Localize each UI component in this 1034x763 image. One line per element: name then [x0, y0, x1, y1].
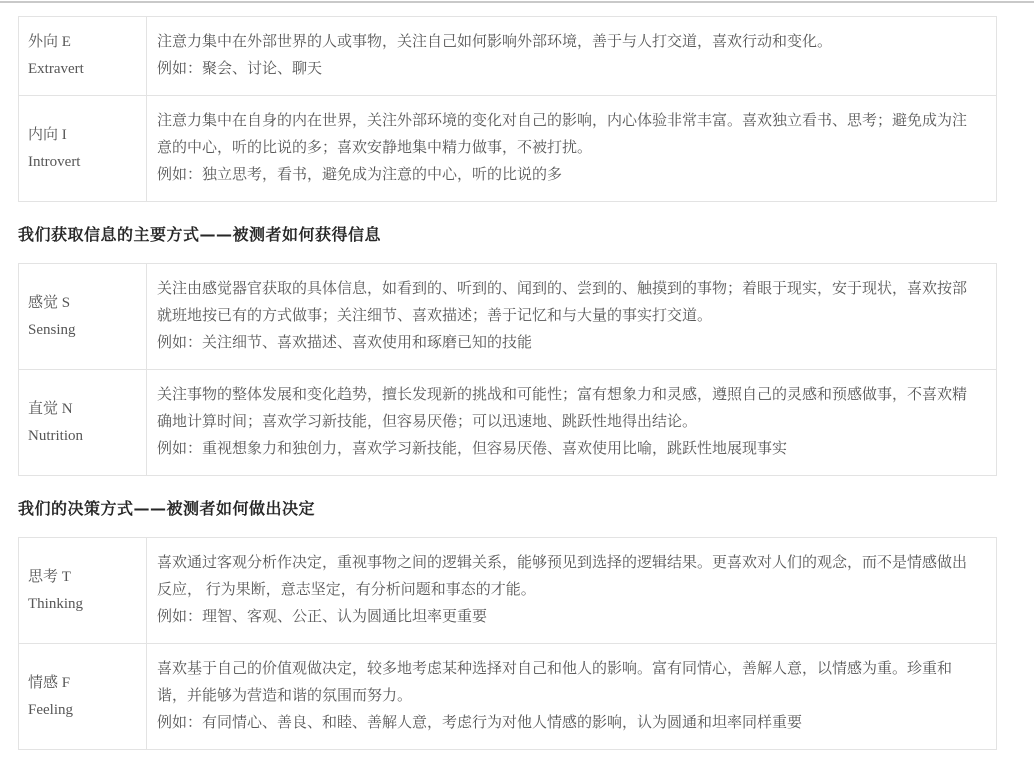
table-row-feeling: 情感 F Feeling 喜欢基于自己的价值观做决定，较多地考虑某种选择对自己和… — [19, 644, 997, 750]
dimension-example: 例如：关注细节、喜欢描述、喜欢使用和琢磨已知的技能 — [157, 330, 980, 357]
section-heading-decision: 我们的决策方式——被测者如何做出决定 — [18, 497, 997, 521]
dimension-description: 关注由感觉器官获取的具体信息，如看到的、听到的、闻到的、尝到的、触摸到的事物；着… — [157, 276, 980, 330]
dimension-description: 注意力集中在自身的内在世界，关注外部环境的变化对自己的影响，内心体验非常丰富。喜… — [157, 108, 980, 162]
dimension-example: 例如：有同情心、善良、和睦、善解人意，考虑行为对他人情感的影响，认为圆通和坦率同… — [157, 710, 980, 737]
dimension-table-tf: 思考 T Thinking 喜欢通过客观分析作决定，重视事物之间的逻辑关系，能够… — [18, 537, 997, 750]
table-row-extravert: 外向 E Extravert 注意力集中在外部世界的人或事物，关注自己如何影响外… — [19, 17, 997, 96]
dimension-cell: 感觉 S Sensing — [19, 264, 147, 370]
dimension-example: 例如：独立思考，看书，避免成为注意的中心，听的比说的多 — [157, 162, 980, 189]
description-cell: 关注由感觉器官获取的具体信息，如看到的、听到的、闻到的、尝到的、触摸到的事物；着… — [147, 264, 997, 370]
dimension-example: 例如：理智、客观、公正、认为圆通比坦率更重要 — [157, 604, 980, 631]
dimension-table-ei: 外向 E Extravert 注意力集中在外部世界的人或事物，关注自己如何影响外… — [18, 16, 997, 202]
dimension-cell: 情感 F Feeling — [19, 644, 147, 750]
dimension-label-en: Extravert — [28, 56, 138, 83]
dimension-cell: 内向 I Introvert — [19, 96, 147, 202]
document-content: 外向 E Extravert 注意力集中在外部世界的人或事物，关注自己如何影响外… — [18, 16, 997, 750]
table-row-sensing: 感觉 S Sensing 关注由感觉器官获取的具体信息，如看到的、听到的、闻到的… — [19, 264, 997, 370]
dimension-label-zh: 直觉 N — [28, 396, 138, 423]
description-cell: 注意力集中在自身的内在世界，关注外部环境的变化对自己的影响，内心体验非常丰富。喜… — [147, 96, 997, 202]
dimension-description: 注意力集中在外部世界的人或事物，关注自己如何影响外部环境，善于与人打交道，喜欢行… — [157, 29, 980, 56]
dimension-example: 例如：聚会、讨论、聊天 — [157, 56, 980, 83]
table-row-introvert: 内向 I Introvert 注意力集中在自身的内在世界，关注外部环境的变化对自… — [19, 96, 997, 202]
table-row-thinking: 思考 T Thinking 喜欢通过客观分析作决定，重视事物之间的逻辑关系，能够… — [19, 538, 997, 644]
description-cell: 关注事物的整体发展和变化趋势，擅长发现新的挑战和可能性；富有想象力和灵感，遵照自… — [147, 370, 997, 476]
table-row-intuition: 直觉 N Nutrition 关注事物的整体发展和变化趋势，擅长发现新的挑战和可… — [19, 370, 997, 476]
dimension-cell: 直觉 N Nutrition — [19, 370, 147, 476]
dimension-description: 关注事物的整体发展和变化趋势，擅长发现新的挑战和可能性；富有想象力和灵感，遵照自… — [157, 382, 980, 436]
description-cell: 注意力集中在外部世界的人或事物，关注自己如何影响外部环境，善于与人打交道，喜欢行… — [147, 17, 997, 96]
top-divider — [0, 1, 1034, 3]
description-cell: 喜欢基于自己的价值观做决定，较多地考虑某种选择对自己和他人的影响。富有同情心，善… — [147, 644, 997, 750]
dimension-label-en: Nutrition — [28, 423, 138, 450]
dimension-cell: 思考 T Thinking — [19, 538, 147, 644]
dimension-label-zh: 感觉 S — [28, 290, 138, 317]
dimension-example: 例如：重视想象力和独创力，喜欢学习新技能，但容易厌倦、喜欢使用比喻，跳跃性地展现… — [157, 436, 980, 463]
dimension-label-zh: 情感 F — [28, 670, 138, 697]
dimension-label-en: Feeling — [28, 697, 138, 724]
dimension-description: 喜欢基于自己的价值观做决定，较多地考虑某种选择对自己和他人的影响。富有同情心，善… — [157, 656, 980, 710]
dimension-description: 喜欢通过客观分析作决定，重视事物之间的逻辑关系，能够预见到选择的逻辑结果。更喜欢… — [157, 550, 980, 604]
mbti-dimensions-document: 外向 E Extravert 注意力集中在外部世界的人或事物，关注自己如何影响外… — [0, 0, 1034, 750]
dimension-label-zh: 内向 I — [28, 122, 138, 149]
dimension-cell: 外向 E Extravert — [19, 17, 147, 96]
dimension-label-zh: 外向 E — [28, 29, 138, 56]
dimension-label-zh: 思考 T — [28, 564, 138, 591]
dimension-table-sn: 感觉 S Sensing 关注由感觉器官获取的具体信息，如看到的、听到的、闻到的… — [18, 263, 997, 476]
section-heading-information: 我们获取信息的主要方式——被测者如何获得信息 — [18, 223, 997, 247]
description-cell: 喜欢通过客观分析作决定，重视事物之间的逻辑关系，能够预见到选择的逻辑结果。更喜欢… — [147, 538, 997, 644]
dimension-label-en: Introvert — [28, 149, 138, 176]
dimension-label-en: Thinking — [28, 591, 138, 618]
dimension-label-en: Sensing — [28, 317, 138, 344]
